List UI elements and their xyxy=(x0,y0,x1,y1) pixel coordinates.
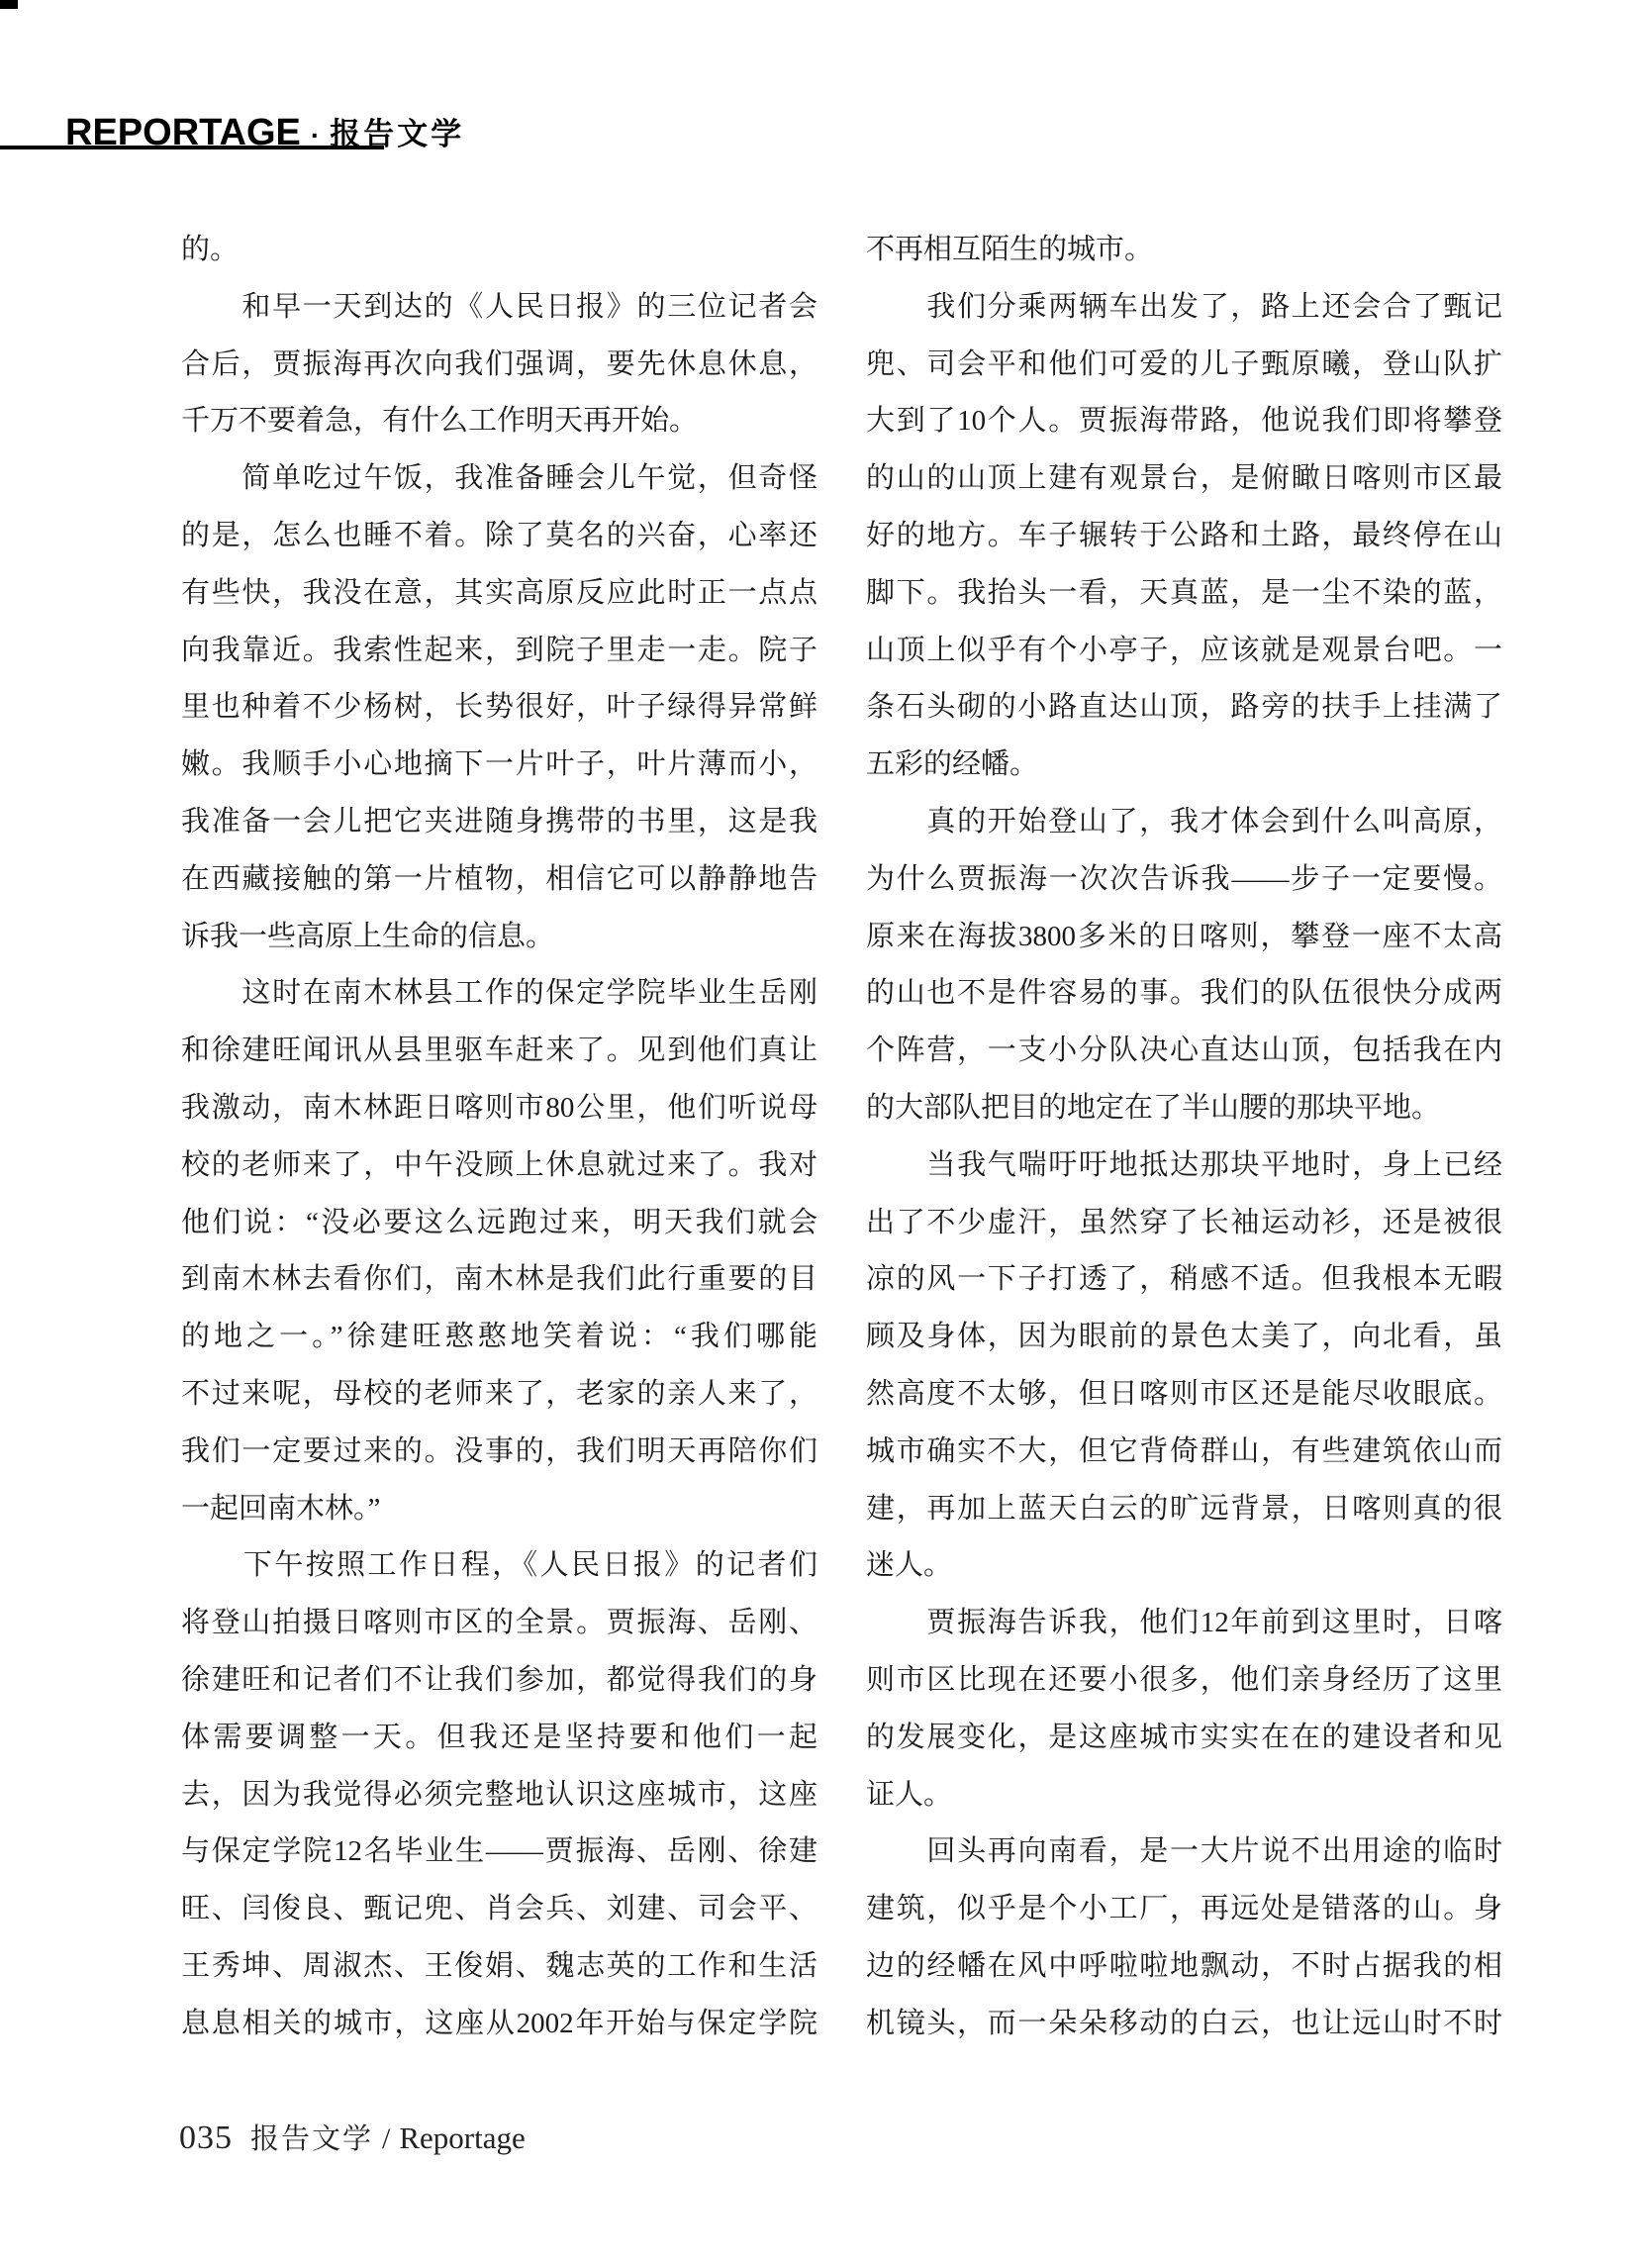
text-line: 他们说：“没必要这么远跑过来，明天我们就会 xyxy=(181,1195,817,1252)
text-line: 我们一定要过来的。没事的，我们明天再陪你们 xyxy=(181,1424,817,1481)
text-line: 条石头砌的小路直达山顶，路旁的扶手上挂满了 xyxy=(866,679,1502,737)
text-line: 机镜头，而一朵朵移动的白云，也让远山时不时 xyxy=(866,1996,1502,2053)
footer-section-en: Reportage xyxy=(399,2120,525,2156)
text-line: 我准备一会儿把它夹进随身携带的书里，这是我 xyxy=(181,794,817,851)
text-line: 出了不少虚汗，虽然穿了长袖运动衫，还是被很 xyxy=(866,1195,1502,1252)
text-line: 到南木林去看你们，南木林是我们此行重要的目 xyxy=(181,1251,817,1309)
text-line: 贾振海告诉我，他们12年前到这里时，日喀 xyxy=(866,1595,1502,1652)
text-line: 的大部队把目的地定在了半山腰的那块平地。 xyxy=(866,1080,1502,1137)
text-line: 旺、闫俊良、甄记兜、肖会兵、刘建、司会平、 xyxy=(181,1881,817,1938)
page-footer: 035 报告文学 / Reportage xyxy=(179,2117,526,2157)
text-line: 边的经幡在风中呼啦啦地飘动，不时占据我的相 xyxy=(866,1938,1502,1996)
text-line: 山顶上似乎有个小亭子，应该就是观景台吧。一 xyxy=(866,623,1502,680)
text-line: 不过来呢，母校的老师来了，老家的亲人来了， xyxy=(181,1366,817,1424)
text-line: 的山也不是件容易的事。我们的队伍很快分成两 xyxy=(866,965,1502,1023)
text-line: 有些快，我没在意，其实高原反应此时正一点点 xyxy=(181,565,817,623)
text-line: 徐建旺和记者们不让我们参加，都觉得我们的身 xyxy=(181,1652,817,1710)
text-line: 诉我一些高原上生命的信息。 xyxy=(181,909,817,966)
text-line: 迷人。 xyxy=(866,1537,1502,1595)
text-line: 的山的山顶上建有观景台，是俯瞰日喀则市区最 xyxy=(866,450,1502,508)
text-line: 证人。 xyxy=(866,1767,1502,1824)
text-line: 我激动，南木林距日喀则市80公里，他们听说母 xyxy=(181,1080,817,1137)
text-line: 和徐建旺闻讯从县里驱车赶来了。见到他们真让 xyxy=(181,1023,817,1080)
text-line: 这时在南木林县工作的保定学院毕业生岳刚 xyxy=(181,965,817,1023)
text-line: 建筑，似乎是个小工厂，再远处是错落的山。身 xyxy=(866,1881,1502,1938)
text-line: 则市区比现在还要小很多，他们亲身经历了这里 xyxy=(866,1652,1502,1710)
page-number: 035 xyxy=(179,2120,233,2157)
text-line: 然高度不太够，但日喀则市区还是能尽收眼底。 xyxy=(866,1366,1502,1424)
document-page: REPORTAGE · 报告文学 的。 和早一天到达的《人民日报》的三位记者会合… xyxy=(0,0,1634,2268)
text-line: 嫩。我顺手小心地摘下一片叶子，叶片薄而小， xyxy=(181,737,817,794)
text-column-right: 不再相互陌生的城市。 我们分乘两辆车出发了，路上还会合了甄记兜、司会平和他们可爱… xyxy=(866,222,1502,2053)
text-line: 千万不要着急，有什么工作明天再开始。 xyxy=(181,393,817,450)
text-line: 顾及身体，因为眼前的景色太美了，向北看，虽 xyxy=(866,1309,1502,1366)
text-line: 里也种着不少杨树，长势很好，叶子绿得异常鲜 xyxy=(181,679,817,737)
text-line: 大到了10个人。贾振海带路，他说我们即将攀登 xyxy=(866,393,1502,450)
text-line: 在西藏接触的第一片植物，相信它可以静静地告 xyxy=(181,851,817,909)
text-line: 个阵营，一支小分队决心直达山顶，包括我在内 xyxy=(866,1023,1502,1080)
text-line: 和早一天到达的《人民日报》的三位记者会 xyxy=(181,279,817,337)
text-line: 体需要调整一天。但我还是坚持要和他们一起 xyxy=(181,1710,817,1767)
text-line: 不再相互陌生的城市。 xyxy=(866,222,1502,279)
text-line: 的发展变化，是这座城市实实在在的建设者和见 xyxy=(866,1710,1502,1767)
text-line: 真的开始登山了，我才体会到什么叫高原， xyxy=(866,794,1502,851)
text-line: 一起回南木林。” xyxy=(181,1481,817,1538)
header-underline xyxy=(0,146,384,149)
text-column-left: 的。 和早一天到达的《人民日报》的三位记者会合后，贾振海再次向我们强调，要先休息… xyxy=(181,222,817,2053)
text-line: 回头再向南看，是一大片说不出用途的临时 xyxy=(866,1824,1502,1881)
text-line: 脚下。我抬头一看，天真蓝，是一尘不染的蓝， xyxy=(866,565,1502,623)
text-line: 与保定学院12名毕业生——贾振海、岳刚、徐建 xyxy=(181,1824,817,1881)
text-line: 的地之一。”徐建旺憨憨地笑着说：“我们哪能 xyxy=(181,1309,817,1366)
text-line: 王秀坤、周淑杰、王俊娟、魏志英的工作和生活 xyxy=(181,1938,817,1996)
text-line: 合后，贾振海再次向我们强调，要先休息休息， xyxy=(181,337,817,394)
scan-artifact xyxy=(0,0,18,9)
text-line: 建，再加上蓝天白云的旷远背景，日喀则真的很 xyxy=(866,1481,1502,1538)
text-line: 为什么贾振海一次次告诉我——步子一定要慢。 xyxy=(866,851,1502,909)
text-line: 的是，怎么也睡不着。除了莫名的兴奋，心率还 xyxy=(181,508,817,565)
text-line: 城市确实不大，但它背倚群山，有些建筑依山而 xyxy=(866,1424,1502,1481)
text-line: 当我气喘吁吁地抵达那块平地时，身上已经 xyxy=(866,1137,1502,1195)
text-line: 校的老师来了，中午没顾上休息就过来了。我对 xyxy=(181,1137,817,1195)
text-line: 我们分乘两辆车出发了，路上还会合了甄记 xyxy=(866,279,1502,337)
text-line: 好的地方。车子辗转于公路和土路，最终停在山 xyxy=(866,508,1502,565)
text-line: 五彩的经幡。 xyxy=(866,737,1502,794)
text-line: 凉的风一下子打透了，稍感不适。但我根本无暇 xyxy=(866,1251,1502,1309)
text-line: 兜、司会平和他们可爱的儿子甄原曦，登山队扩 xyxy=(866,337,1502,394)
text-line: 的。 xyxy=(181,222,817,279)
footer-section-zh: 报告文学 xyxy=(250,2117,373,2157)
text-line: 息息相关的城市，这座从2002年开始与保定学院 xyxy=(181,1996,817,2053)
text-line: 下午按照工作日程，《人民日报》的记者们 xyxy=(181,1537,817,1595)
text-line: 去，因为我觉得必须完整地认识这座城市，这座 xyxy=(181,1767,817,1824)
text-line: 简单吃过午饭，我准备睡会儿午觉，但奇怪 xyxy=(181,450,817,508)
footer-separator: / xyxy=(382,2122,390,2156)
text-line: 原来在海拔3800多米的日喀则，攀登一座不太高 xyxy=(866,909,1502,966)
text-line: 将登山拍摄日喀则市区的全景。贾振海、岳刚、 xyxy=(181,1595,817,1652)
text-line: 向我靠近。我索性起来，到院子里走一走。院子 xyxy=(181,623,817,680)
